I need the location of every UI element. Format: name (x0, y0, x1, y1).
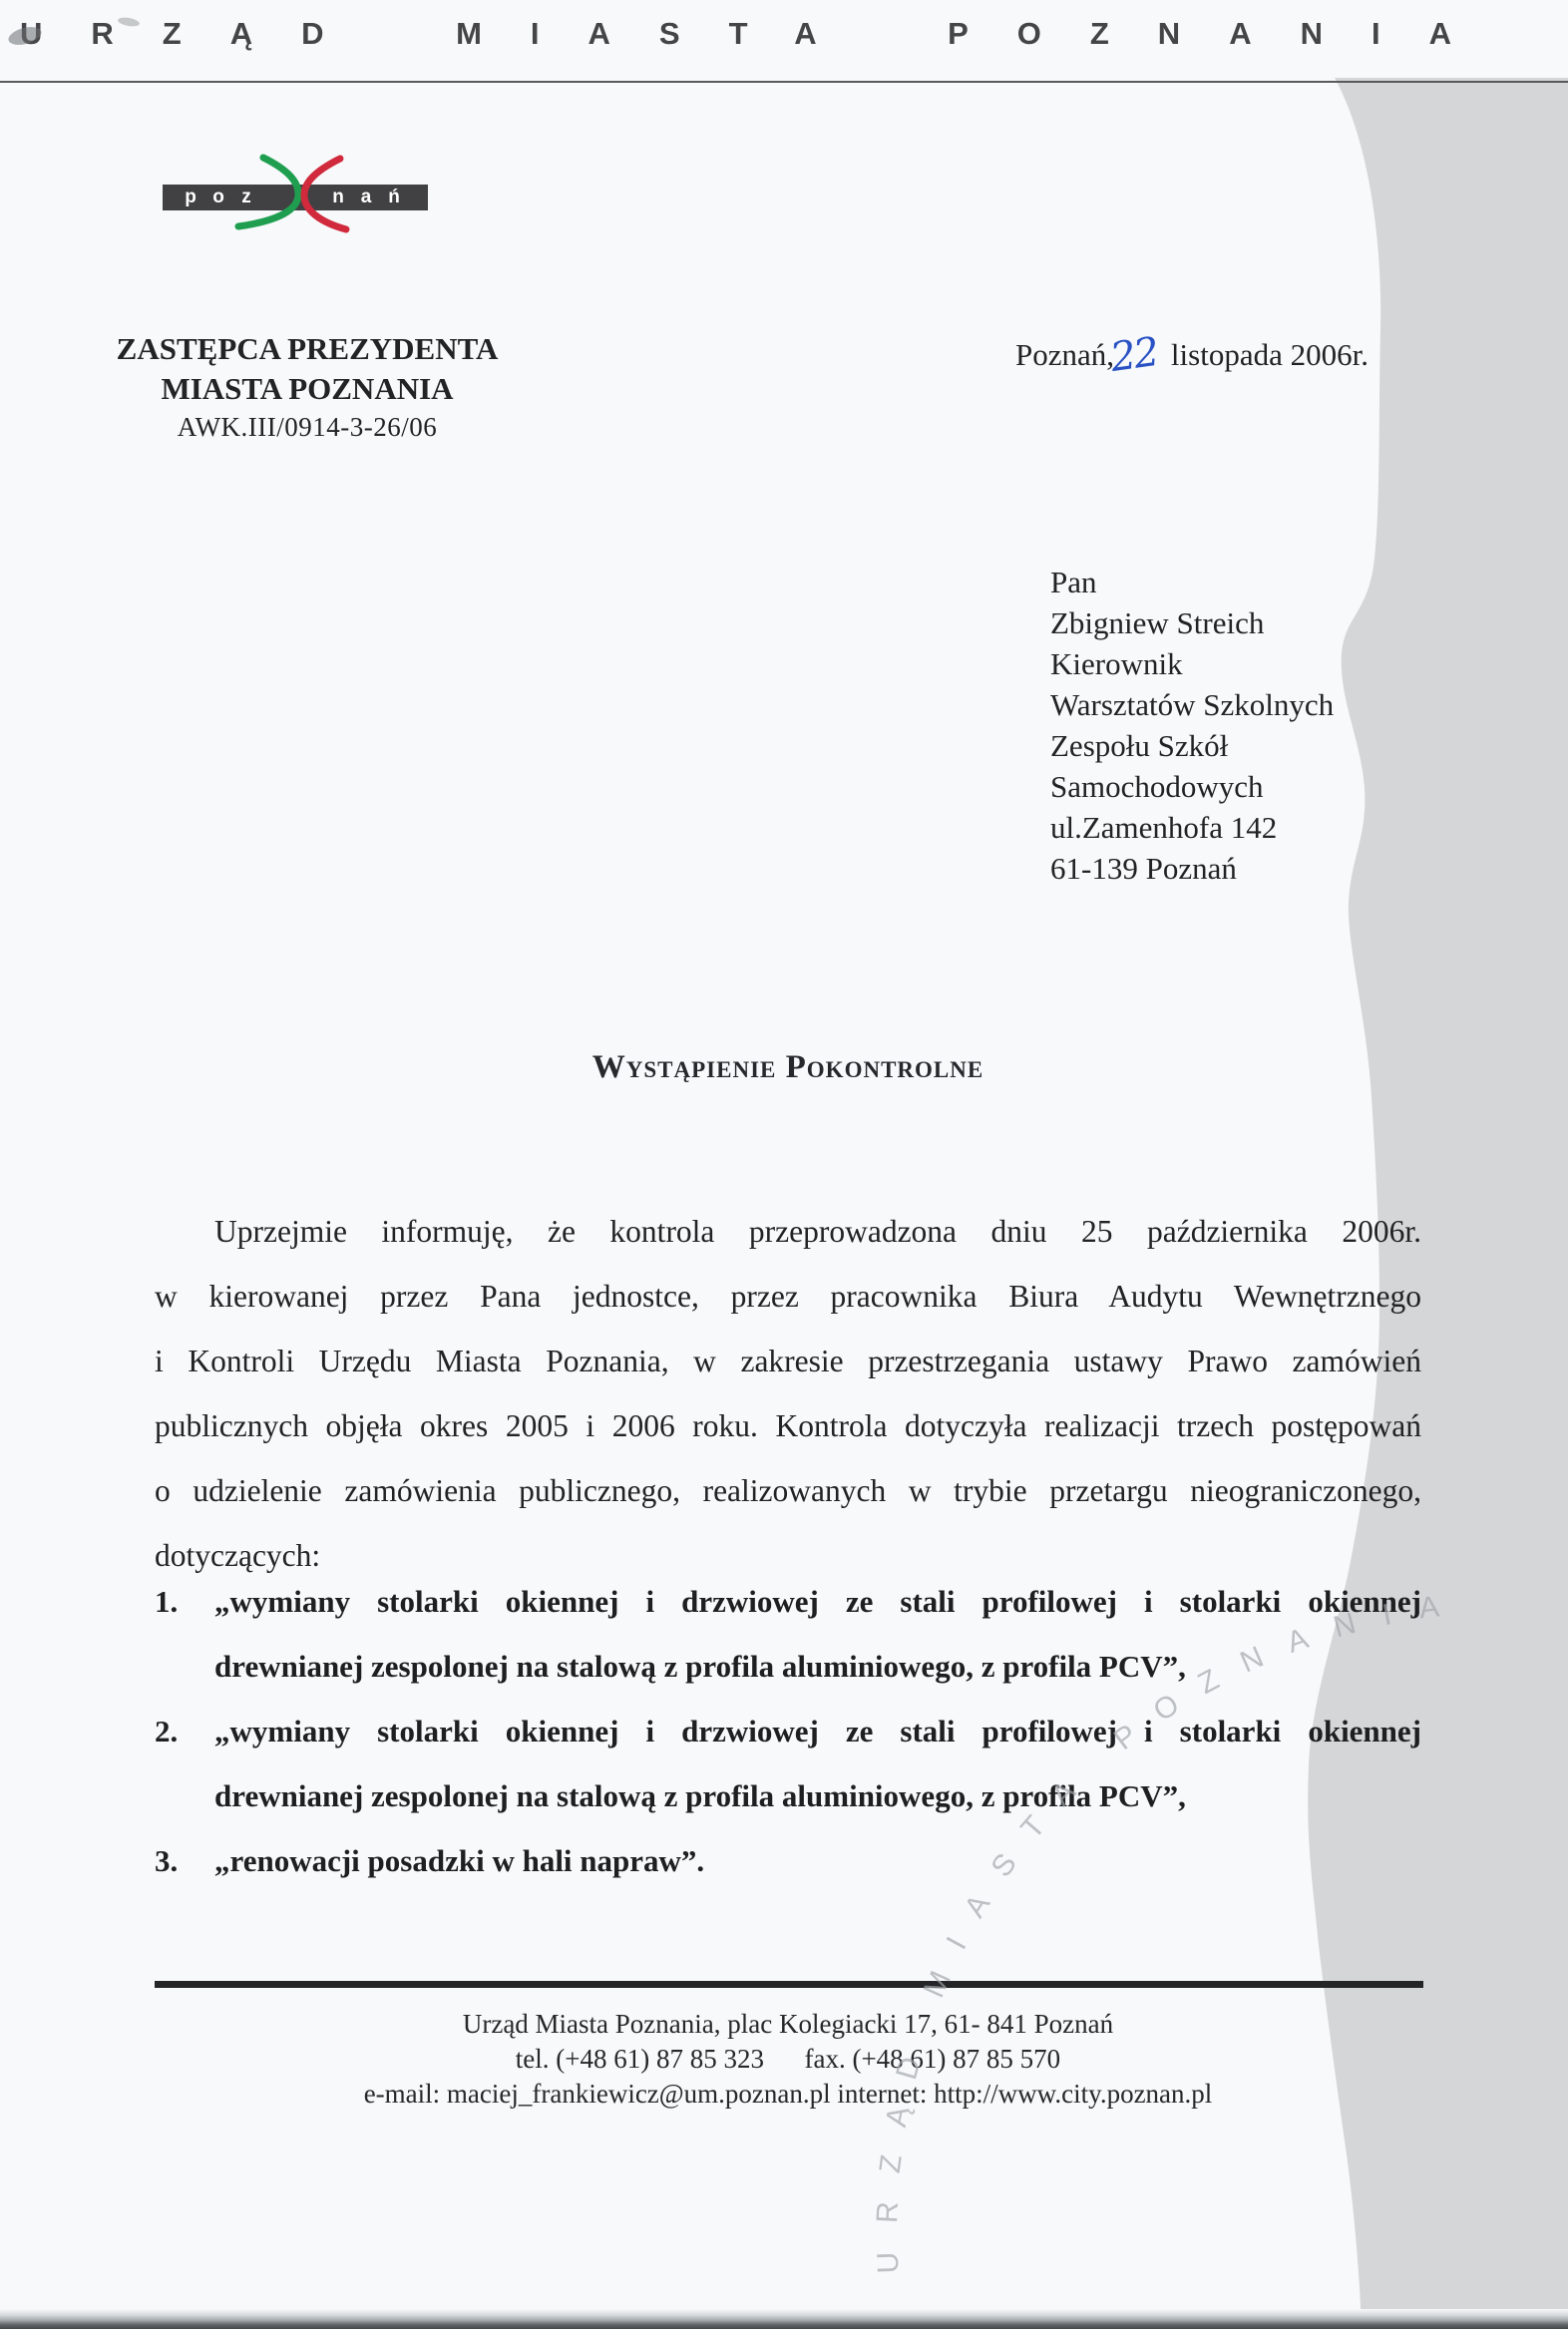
recipient-line: Samochodowych (1050, 766, 1334, 807)
list-item-number: 2. (155, 1699, 214, 1828)
sender-block: ZASTĘPCA PREZYDENTA MIASTA POZNANIA AWK.… (68, 329, 547, 445)
recipient-line: 61-139 Poznań (1050, 848, 1334, 889)
letterhead-bar: URZĄD MIASTA POZNANIA (0, 16, 1568, 52)
list-item-line: drewnianej zespolonej na stalową z profi… (214, 1763, 1421, 1828)
body-line: publicznych objęła okres 2005 i 2006 rok… (155, 1393, 1421, 1458)
footer-contact: Urząd Miasta Poznania, plac Kolegiacki 1… (155, 2007, 1421, 2112)
recipient-line: Pan (1050, 562, 1334, 602)
letterhead-rule (0, 81, 1568, 83)
recipient-line: ul.Zamenhofa 142 (1050, 807, 1334, 848)
body-line: w kierowanej przez Pana jednostce, przez… (155, 1264, 1421, 1329)
footer-web: e-mail: maciej_frankiewicz@um.poznan.pl … (155, 2077, 1421, 2112)
list-item-line: „renowacji posadzki w hali napraw”. (214, 1828, 1421, 1893)
footer-address: Urząd Miasta Poznania, plac Kolegiacki 1… (155, 2007, 1421, 2042)
date-city: Poznań, (1015, 337, 1114, 372)
scan-bottom-edge (0, 2309, 1568, 2329)
document-title: Wystąpienie Pokontrolne (155, 1049, 1421, 1086)
list-item-line: „wymiany stolarki okiennej i drzwiowej z… (214, 1569, 1421, 1634)
sender-title-line2: MIASTA POZNANIA (68, 369, 547, 409)
list-item-line: drewnianej zespolonej na stalową z profi… (214, 1634, 1421, 1699)
recipient-block: Pan Zbigniew Streich Kierownik Warsztató… (1050, 562, 1334, 889)
date-line: Poznań,22listopada 2006r. (1015, 337, 1369, 373)
body-paragraph: Uprzejmie informuję, że kontrola przepro… (155, 1199, 1421, 1588)
body-line: i Kontroli Urzędu Miasta Poznania, w zak… (155, 1329, 1421, 1393)
list-item: 2. „wymiany stolarki okiennej i drzwiowe… (155, 1699, 1421, 1828)
body-line: o udzielenie zamówienia publicznego, rea… (155, 1458, 1421, 1523)
recipient-line: Zespołu Szkół (1050, 725, 1334, 766)
list-item-number: 1. (155, 1569, 214, 1699)
sender-reference-number: AWK.III/0914-3-26/06 (68, 409, 547, 445)
logo-swoosh-icon (163, 150, 447, 239)
body-line: Uprzejmie informuję, że kontrola przepro… (155, 1199, 1421, 1264)
list-item-number: 3. (155, 1828, 214, 1893)
recipient-line: Warsztatów Szkolnych (1050, 684, 1334, 725)
list-item-line: „wymiany stolarki okiennej i drzwiowej z… (214, 1699, 1421, 1763)
date-rest: listopada 2006r. (1171, 337, 1369, 372)
scanned-letter-page: URZĄD MIASTA POZNANIA p o z n a ń ZASTĘP… (0, 0, 1568, 2329)
findings-list: 1. „wymiany stolarki okiennej i drzwiowe… (155, 1569, 1421, 1893)
handwritten-day: 22 (1109, 337, 1160, 373)
sender-title-line1: ZASTĘPCA PREZYDENTA (68, 329, 547, 369)
recipient-line: Kierownik (1050, 643, 1334, 684)
list-item: 1. „wymiany stolarki okiennej i drzwiowe… (155, 1569, 1421, 1699)
footer-phones: tel. (+48 61) 87 85 323 fax. (+48 61) 87… (155, 2042, 1421, 2077)
poznan-logo: p o z n a ń (163, 150, 447, 239)
list-item: 3. „renowacji posadzki w hali napraw”. (155, 1828, 1421, 1893)
footer-rule (155, 1981, 1423, 1988)
recipient-line: Zbigniew Streich (1050, 602, 1334, 643)
